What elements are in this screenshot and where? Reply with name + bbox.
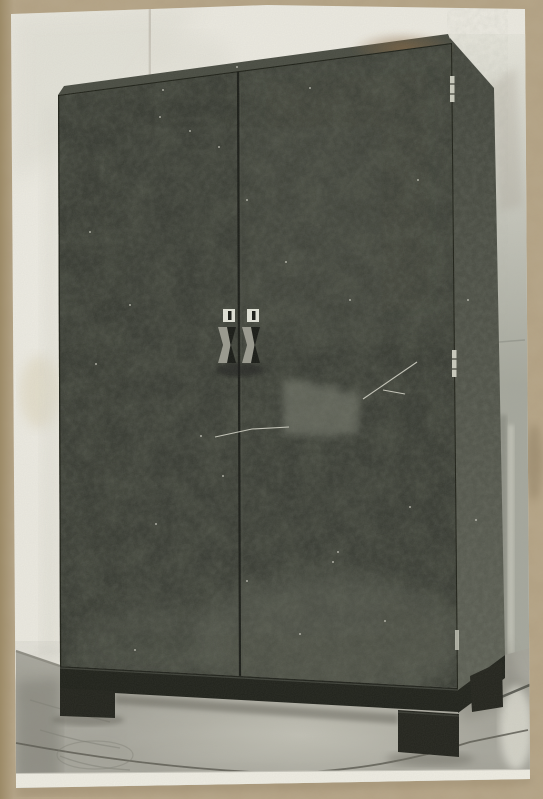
photograph bbox=[0, 0, 543, 799]
paper-grain bbox=[0, 0, 543, 799]
mounted-photograph-page bbox=[0, 0, 543, 799]
photo-shadow-right bbox=[526, 424, 542, 500]
photo-scene bbox=[0, 0, 543, 799]
